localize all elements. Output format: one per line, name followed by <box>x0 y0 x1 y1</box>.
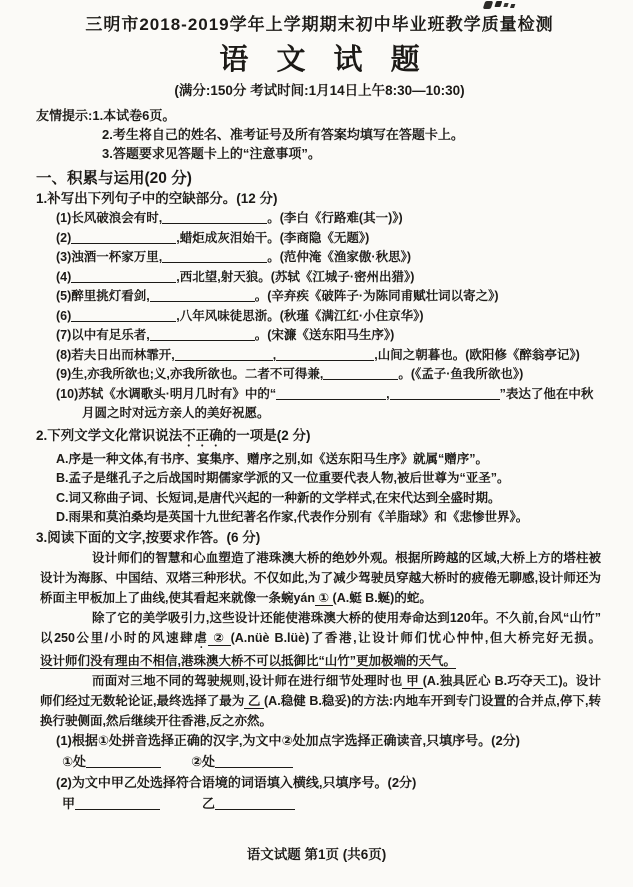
q3-sub2-blanks: 甲乙 <box>36 793 603 815</box>
text-segment: 。(李白《行路难(其一)》) <box>267 211 402 225</box>
text-segment: (5)醉里挑灯看剑, <box>56 289 150 303</box>
answer-blank <box>162 250 267 263</box>
answer-blank <box>71 309 176 322</box>
answer-blank <box>323 367 398 380</box>
text-segment: ,八年风味徒思浙。(秋瑾《满江红·小住京华》) <box>176 309 423 323</box>
q1-item-8: (8)若夫日出而林霏开,,,山间之朝暮也。(欧阳修《醉翁亭记》) <box>36 346 603 366</box>
answer-blank <box>175 348 273 361</box>
page-footer: 语文试题 第1页 (共6页) <box>0 845 633 865</box>
q1-item-1: (1)长风破浪会有时,。(李白《行路难(其一)》) <box>36 209 603 229</box>
q1-item-2: (2),蜡炬成灰泪始干。(李商隐《无题》) <box>36 229 603 249</box>
q1-item-3: (3)浊酒一杯家万里,。(范仲淹《渔家傲·秋思》) <box>36 248 603 268</box>
answer-blank <box>150 289 255 302</box>
underlined-text: ② <box>208 631 230 646</box>
friendly-notices: 友情提示:1.本试卷6页。 2.考生将自己的姓名、准考证号及所有答案均填写在答题… <box>36 106 603 163</box>
notice-line: 2.考生将自己的姓名、准考证号及所有答案均填写在答题卡上。 <box>36 125 603 144</box>
text-segment: 而面对三地不同的驾驶规则,设计师在进行细节处理时也 <box>92 674 402 688</box>
q1-item-6: (6),八年风味徒思浙。(秋瑾《满江红·小住京华》) <box>36 307 603 327</box>
answer-blank <box>390 387 500 400</box>
answer-blank <box>71 231 176 244</box>
text-segment: (7)以中有足乐者, <box>56 328 150 342</box>
emphasized-text: 虐 <box>194 631 208 645</box>
q3-stem: 3.阅读下面的文字,按要求作答。(6 分) <box>36 528 603 548</box>
text-segment: 2.下列文学文化常识说法 <box>36 428 182 443</box>
text-segment: ,山间之朝暮也。(欧阳修《醉翁亭记》) <box>374 348 580 362</box>
notice-label: 友情提示: <box>36 108 92 123</box>
q3-paragraph-3: 而面对三地不同的驾驶规则,设计师在进行细节处理时也 甲 (A.独具匠心 B.巧夺… <box>40 671 601 731</box>
text-segment: (2) <box>56 231 71 245</box>
section1-title: 一、积累与运用(20 分) <box>36 168 603 189</box>
underlined-text: ① <box>315 591 333 606</box>
text-segment: ①处 <box>62 754 86 769</box>
scan-artifact <box>483 1 494 9</box>
text-segment: 乙 <box>202 796 215 811</box>
q2-stem: 2.下列文学文化常识说法不正确的一项是(2 分) <box>36 426 603 450</box>
text-segment: 的一项是(2 分) <box>223 428 311 443</box>
text-segment: (3)浊酒一杯家万里, <box>56 250 162 264</box>
exam-page: 三明市2018-2019学年上学期期末初中毕业班教学质量检测 语 文 试 题 (… <box>0 0 633 887</box>
text-segment: 。(范仲淹《渔家傲·秋思》) <box>267 250 411 264</box>
text-segment: (10)苏轼《水调歌头·明月几时有》中的“ <box>56 387 276 401</box>
answer-blank <box>215 755 293 768</box>
q2-option-a: A.序是一种文体,有书序、宴集序、赠序之别,如《送东阳马生序》就属“赠序”。 <box>36 450 603 470</box>
underlined-text: 设计师们没有理由不相信,港珠澳大桥不可以抵御比“山竹”更加极端的天气。 <box>40 654 456 669</box>
answer-blank <box>162 211 267 224</box>
q1-item-9: (9)生,亦我所欲也;义,亦我所欲也。二者不可得兼,。(《孟子·鱼我所欲也》) <box>36 365 603 385</box>
q1-item-7: (7)以中有足乐者,。(宋濂《送东阳马生序》) <box>36 326 603 346</box>
q1-stem: 1.补写出下列句子中的空缺部分。(12 分) <box>36 189 603 209</box>
spacer <box>161 765 191 766</box>
answer-blank <box>276 387 386 400</box>
text-segment: (1)长风破浪会有时, <box>56 211 162 225</box>
answer-blank <box>215 797 295 810</box>
notice-text: 1.本试卷6页。 <box>92 108 175 123</box>
notice-line: 友情提示:1.本试卷6页。 <box>36 106 603 125</box>
text-segment: (A.蜓 B.蜒)的蛇。 <box>333 591 432 605</box>
text-segment: (9)生,亦我所欲也;义,亦我所欲也。二者不可得兼, <box>56 367 323 381</box>
doc-header: 三明市2018-2019学年上学期期末初中毕业班教学质量检测 <box>36 14 603 36</box>
q3-paragraph-2: 除了它的美学吸引力,这些设计还能使港珠澳大桥的使用寿命达到120年。不久前,台风… <box>40 608 601 671</box>
notice-line: 3.答题要求见答题卡上的“注意事项”。 <box>36 144 603 163</box>
q3-sub1-blanks: ①处②处 <box>36 751 603 773</box>
doc-title: 语 文 试 题 <box>36 40 603 80</box>
text-segment: (4) <box>56 270 71 284</box>
answer-blank <box>150 328 255 341</box>
text-segment: 。(宋濂《送东阳马生序》) <box>255 328 395 342</box>
q1-item-5: (5)醉里挑灯看剑,。(辛弃疾《破阵子·为陈同甫赋壮词以寄之》) <box>36 287 603 307</box>
emphasized-text: 不正确 <box>182 428 223 443</box>
q2-option-d: D.雨果和莫泊桑均是英国十九世纪著名作家,代表作分别有《羊脂球》和《悲惨世界》。 <box>36 508 603 528</box>
doc-subtitle: (满分:150分 考试时间:1月14日上午8:30—10:30) <box>36 82 603 100</box>
text-segment: (8)若夫日出而林霏开, <box>56 348 175 362</box>
q1-item-10: (10)苏轼《水调歌头·明月几时有》中的“,”表达了他在中秋月圆之时对远方亲人的… <box>36 385 603 424</box>
q1-item-4: (4),西北望,射天狼。(苏轼《江城子·密州出猎》) <box>36 268 603 288</box>
q3-paragraph-1: 设计师们的智慧和心血塑造了港珠澳大桥的绝妙外观。根据所跨越的区域,大桥上方的塔柱… <box>40 548 601 608</box>
q2-option-b: B.孟子是继孔子之后战国时期儒家学派的又一位重要代表人物,被后世尊为“亚圣”。 <box>36 469 603 489</box>
spacer <box>160 807 202 808</box>
answer-blank <box>75 797 160 810</box>
answer-blank <box>276 348 374 361</box>
text-segment: ,西北望,射天狼。(苏轼《江城子·密州出猎》) <box>176 270 414 284</box>
text-segment: (A.nüè B.lüè)了香港,让设计师们忧心忡忡,但大桥完好无损。 <box>231 631 601 645</box>
answer-blank <box>86 755 161 768</box>
text-segment: 。(《孟子·鱼我所欲也》) <box>398 367 523 381</box>
q3-sub1-stem: (1)根据①处拼音选择正确的汉字,为文中②处加点字选择正确读音,只填序号。(2分… <box>36 731 603 751</box>
q3-sub2-stem: (2)为文中甲乙处选择符合语境的词语填入横线,只填序号。(2分) <box>36 773 603 793</box>
underlined-text: 甲 <box>402 674 422 689</box>
answer-blank <box>71 270 176 283</box>
underlined-text: 乙 <box>244 694 264 709</box>
text-segment: 。(辛弃疾《破阵子·为陈同甫赋壮词以寄之》) <box>255 289 499 303</box>
text-segment: 甲 <box>62 796 75 811</box>
text-segment: ②处 <box>191 754 215 769</box>
text-segment: (6) <box>56 309 71 323</box>
text-segment: ,蜡炬成灰泪始干。(李商隐《无题》) <box>176 231 369 245</box>
q2-option-c: C.词又称曲子词、长短词,是唐代兴起的一种新的文学样式,在宋代达到全盛时期。 <box>36 489 603 509</box>
